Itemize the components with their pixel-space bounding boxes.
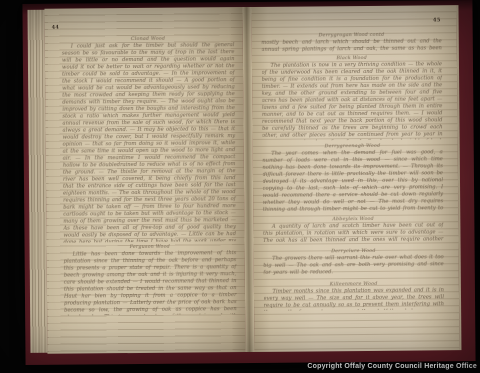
left-page: 44 Clonad Wood I could just ask for the … — [44, 7, 245, 354]
open-pages: 44 Clonad Wood I could just ask for the … — [44, 5, 461, 354]
ledger-book: 44 Clonad Wood I could just ask for the … — [22, 0, 475, 365]
right-section-paragraph-3: The year comes when the demand for fuel … — [262, 149, 443, 214]
left-section-paragraph-1: I could just ask for the timber but shou… — [62, 42, 236, 242]
ledger-photo: 44 Clonad Wood I could just ask for the … — [0, 0, 480, 373]
copyright-credit: Copyright Offaly County Council Heritage… — [307, 362, 477, 372]
right-section-paragraph-5: The growers there will warrant this rule… — [263, 254, 444, 278]
left-page-content: Clonad Wood I could just ask for the tim… — [44, 7, 245, 354]
right-section-paragraph-1: mostly beech and larch which should be t… — [261, 38, 442, 54]
right-section-paragraph-6: Timber months since this plantation was … — [263, 287, 444, 311]
right-page-content: Derrygrogan Wood contd mostly beech and … — [251, 5, 459, 352]
right-section-paragraph-2: The plantation is now in a very thriving… — [262, 61, 443, 141]
right-page: 45 Derrygrogan Wood contd mostly beech a… — [251, 5, 461, 352]
left-section-paragraph-2: Little has been done towards the improve… — [64, 250, 237, 316]
right-section-paragraph-4: A quantity of larch and scotch timber ha… — [263, 222, 444, 245]
